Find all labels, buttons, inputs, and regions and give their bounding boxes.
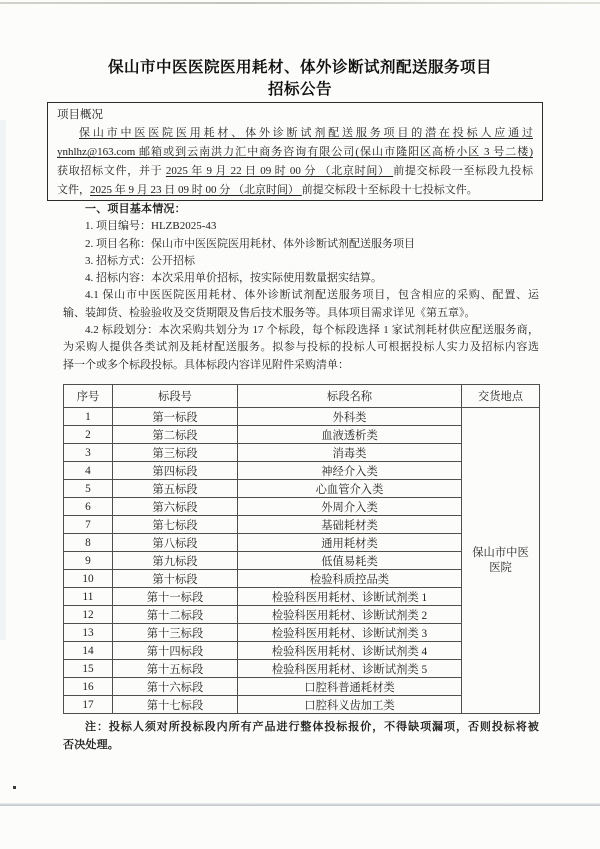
project-overview-box: 项目概况 保山市中医医院医用耗材、体外诊断试剂配送服务项目的潜在投标人应通过yn…: [47, 102, 543, 201]
scan-edge-bottom: [0, 803, 600, 806]
section-line: 为采购人提供各类试剂及耗材配送服务。拟参与投标的投标人可根据投标人实力及招标内容…: [63, 339, 539, 356]
scan-edge-top: [0, 2, 600, 4]
overview-paragraph: 保山市中医医院医用耗材、体外诊断试剂配送服务项目的潜在投标人应通过ynhlhz@…: [57, 124, 533, 200]
note-paragraph: 注：投标人须对所投标段内所有产品进行整体投标报价，不得缺项漏项，否则投标将被否决…: [63, 719, 539, 754]
section-number-cell: 第五标段: [113, 480, 238, 498]
bid-sections-table-wrap: 序号标段号标段名称交货地点 1第一标段外科类保山市中医医院2第二标段血液透析类3…: [63, 384, 540, 714]
section-number-cell: 第十七标段: [113, 696, 238, 714]
scanned-tender-document: { "title": { "line1": "保山市中医医院医用耗材、体外诊断试…: [0, 0, 600, 849]
bid-sections-table: 序号标段号标段名称交货地点 1第一标段外科类保山市中医医院2第二标段血液透析类3…: [63, 384, 540, 714]
column-header: 交货地点: [462, 385, 540, 408]
section-line: 4. 招标内容：本次采用单价招标，按实际使用数量据实结算。: [63, 270, 539, 287]
table-body: 1第一标段外科类保山市中医医院2第二标段血液透析类3第三标段消毒类4第四标段神经…: [64, 408, 540, 714]
section-line: 择一个或多个标段投标。具体标段内容详见附件采购清单：: [63, 357, 539, 374]
section-name-cell: 口腔科义齿加工类: [238, 696, 462, 714]
table-row: 1第一标段外科类保山市中医医院: [64, 408, 540, 426]
section-number-cell: 第八标段: [113, 534, 238, 552]
document-title: 保山市中医医院医用耗材、体外诊断试剂配送服务项目 招标公告: [0, 57, 600, 100]
row-number-cell: 10: [64, 570, 113, 588]
section-name-cell: 消毒类: [238, 444, 462, 462]
section-name-cell: 血液透析类: [238, 426, 462, 444]
underlined-text: 2025 年 9 月 22 日 09 时 00 分 （北京时间）: [166, 165, 393, 177]
section-number-cell: 第二标段: [113, 426, 238, 444]
row-number-cell: 6: [64, 498, 113, 516]
column-header: 标段名称: [238, 385, 462, 408]
overview-line: 保山市中医医院医用耗材、体外诊断试剂配送服务项目的潜在投标人应通过: [57, 124, 533, 143]
delivery-location-cell: 保山市中医医院: [462, 408, 540, 714]
table-header-row: 序号标段号标段名称交货地点: [64, 385, 540, 408]
row-number-cell: 11: [64, 588, 113, 606]
text-run: 获取招标文件，并于: [57, 165, 166, 177]
section-number-cell: 第十五标段: [113, 660, 238, 678]
section-number-cell: 第四标段: [113, 462, 238, 480]
section-name-cell: 检验科质控品类: [238, 570, 462, 588]
section-name-cell: 基础耗材类: [238, 516, 462, 534]
section-number-cell: 第十三标段: [113, 624, 238, 642]
basic-info-lines: 一、项目基本情况：1. 项目编号：HLZB2025-432. 项目名称：保山市中…: [63, 201, 539, 374]
section-number-cell: 第十标段: [113, 570, 238, 588]
section-name-cell: 检验科医用耗材、诊断试剂类 5: [238, 660, 462, 678]
row-number-cell: 5: [64, 480, 113, 498]
document-title-line2: 招标公告: [0, 79, 600, 101]
section-number-cell: 第十一标段: [113, 588, 238, 606]
text-run: 前提交标段一至标段九投标: [393, 165, 533, 177]
row-number-cell: 8: [64, 534, 113, 552]
row-number-cell: 16: [64, 678, 113, 696]
section-line: 一、项目基本情况：: [63, 201, 539, 218]
section-number-cell: 第六标段: [113, 498, 238, 516]
scan-edge-left: [0, 120, 6, 640]
section-number-cell: 第十四标段: [113, 642, 238, 660]
section-name-cell: 神经介入类: [238, 462, 462, 480]
document-title-line1: 保山市中医医院医用耗材、体外诊断试剂配送服务项目: [0, 57, 600, 79]
note-line: 否决处理。: [63, 737, 539, 755]
row-number-cell: 7: [64, 516, 113, 534]
section-name-cell: 检验科医用耗材、诊断试剂类 1: [238, 588, 462, 606]
column-header: 序号: [64, 385, 113, 408]
section-name-cell: 口腔科普通耗材类: [238, 678, 462, 696]
overview-heading: 项目概况: [57, 106, 533, 124]
scan-speck-artifact: [13, 786, 16, 789]
overview-line: 获取招标文件，并于 2025 年 9 月 22 日 09 时 00 分 （北京时…: [57, 162, 533, 181]
section-name-cell: 检验科医用耗材、诊断试剂类 4: [238, 642, 462, 660]
overview-line: 文件，2025 年 9 月 23 日 09 时 00 分 （北京时间） 前提交标…: [57, 181, 533, 200]
section-line: 3. 招标方式：公开招标: [63, 253, 539, 270]
row-number-cell: 4: [64, 462, 113, 480]
underlined-text: 2025 年 9 月 23 日 09 时 00 分 （北京时间）: [90, 184, 302, 196]
section-name-cell: 通用耗材类: [238, 534, 462, 552]
row-number-cell: 12: [64, 606, 113, 624]
section-name-cell: 检验科医用耗材、诊断试剂类 2: [238, 606, 462, 624]
section-name-cell: 心血管介入类: [238, 480, 462, 498]
note-line: 注：投标人须对所投标段内所有产品进行整体投标报价，不得缺项漏项，否则投标将被: [63, 719, 539, 737]
section-line: 1. 项目编号：HLZB2025-43: [63, 218, 539, 235]
row-number-cell: 2: [64, 426, 113, 444]
section-number-cell: 第九标段: [113, 552, 238, 570]
section-number-cell: 第十六标段: [113, 678, 238, 696]
section-name-cell: 检验科医用耗材、诊断试剂类 3: [238, 624, 462, 642]
section-name-cell: 低值易耗类: [238, 552, 462, 570]
overview-line: ynhlhz@163.com 邮箱或到云南洪力汇中商务咨询有限公司(保山市隆阳区…: [57, 143, 533, 162]
section-line: 输、装卸货、检验验收及交货期限及售后技术服务等。具体项目需求详见《第五章》。: [63, 305, 539, 322]
basic-info-section: 一、项目基本情况：1. 项目编号：HLZB2025-432. 项目名称：保山市中…: [63, 201, 539, 374]
underlined-text: 保山市中医医院医用耗材、体外诊断试剂配送服务项目的潜在投标人应通过: [79, 127, 533, 139]
row-number-cell: 14: [64, 642, 113, 660]
section-line: 4.1 保山市中医医院医用耗材、体外诊断试剂配送服务项目，包含相应的采购、配置、…: [63, 287, 539, 304]
text-run: 文件，: [57, 184, 90, 196]
section-name-cell: 外科类: [238, 408, 462, 426]
section-name-cell: 外周介入类: [238, 498, 462, 516]
underlined-text: ynhlhz@163.com 邮箱或到云南洪力汇中商务咨询有限公司(保山市隆阳区…: [57, 146, 533, 158]
row-number-cell: 3: [64, 444, 113, 462]
row-number-cell: 1: [64, 408, 113, 426]
text-run: 前提交标段十至标段十七投标文件。: [302, 184, 478, 196]
row-number-cell: 13: [64, 624, 113, 642]
table-header: 序号标段号标段名称交货地点: [64, 385, 540, 408]
note-lines: 注：投标人须对所投标段内所有产品进行整体投标报价，不得缺项漏项，否则投标将被否决…: [63, 719, 539, 754]
column-header: 标段号: [113, 385, 238, 408]
row-number-cell: 9: [64, 552, 113, 570]
section-line: 2. 项目名称：保山市中医医院医用耗材、体外诊断试剂配送服务项目: [63, 236, 539, 253]
section-number-cell: 第一标段: [113, 408, 238, 426]
section-number-cell: 第三标段: [113, 444, 238, 462]
section-line: 4.2 标段划分：本次采购共划分为 17 个标段，每个标段选择 1 家试剂耗材供…: [63, 322, 539, 339]
section-number-cell: 第十二标段: [113, 606, 238, 624]
section-number-cell: 第七标段: [113, 516, 238, 534]
row-number-cell: 15: [64, 660, 113, 678]
row-number-cell: 17: [64, 696, 113, 714]
